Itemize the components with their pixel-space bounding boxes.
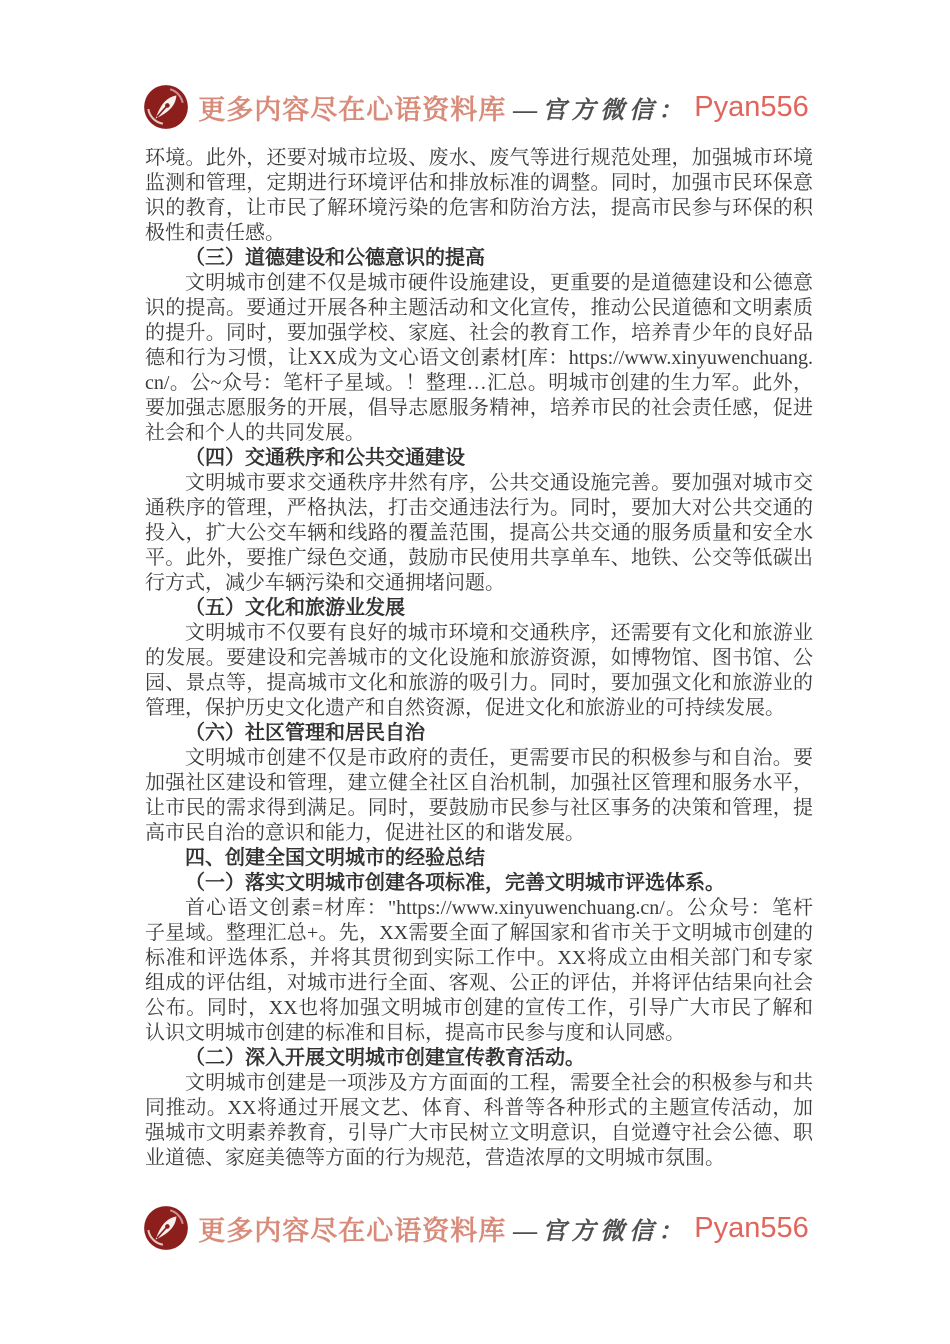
pen-nib-logo-icon [141,1203,191,1253]
paragraph-community: 文明城市创建不仅是市政府的责任，更需要市民的积极参与和自治。要加强社区建设和管理… [145,746,813,846]
watermark-header: 更多内容尽在心语资料库 —官方微信： Pyan556 [0,82,950,132]
wechat-id: Pyan556 [694,91,809,124]
brand-text: 更多内容尽在心语资料库 [198,88,506,127]
wechat-label: —官方微信： [513,1211,687,1246]
paragraph-publicity: 文明城市创建是一项涉及方方面面的工程，需要全社会的积极参与和共同推动。XX将通过… [145,1071,813,1171]
section-heading-2-publicity: （二）深入开展文明城市创建宣传教育活动。 [145,1046,813,1071]
section-heading-6-community: （六）社区管理和居民自治 [145,721,813,746]
document-body: 环境。此外，还要对城市垃圾、废水、废气等进行规范处理，加强城市环境监测和管理，定… [145,146,813,1171]
section-heading-5-culture-tourism: （五）文化和旅游业发展 [145,596,813,621]
paragraph-traffic: 文明城市要求交通秩序井然有序，公共交通设施完善。要加强对城市交通秩序的管理，严格… [145,471,813,596]
section-heading-1-standards: （一）落实文明城市创建各项标准，完善文明城市评选体系。 [145,871,813,896]
pen-nib-logo-icon [141,82,191,132]
paragraph-environment-continued: 环境。此外，还要对城市垃圾、废水、废气等进行规范处理，加强城市环境监测和管理，定… [145,146,813,246]
wechat-id: Pyan556 [694,1212,809,1245]
watermark-footer: 更多内容尽在心语资料库 —官方微信： Pyan556 [0,1203,950,1253]
chapter-heading-4-experience-summary: 四、创建全国文明城市的经验总结 [145,846,813,871]
section-heading-4-traffic: （四）交通秩序和公共交通建设 [145,446,813,471]
paragraph-morality: 文明城市创建不仅是城市硬件设施建设，更重要的是道德建设和公德意识的提高。要通过开… [145,271,813,446]
paragraph-culture-tourism: 文明城市不仅要有良好的城市环境和交通秩序，还需要有文化和旅游业的发展。要建设和完… [145,621,813,721]
page: 更多内容尽在心语资料库 —官方微信： Pyan556 环境。此外，还要对城市垃圾… [0,0,950,1344]
wechat-label: —官方微信： [513,90,687,125]
paragraph-standards: 首心语文创素=材库："https://www.xinyuwenchuang.cn… [145,896,813,1046]
section-heading-3-morality: （三）道德建设和公德意识的提高 [145,246,813,271]
brand-text: 更多内容尽在心语资料库 [198,1209,506,1248]
